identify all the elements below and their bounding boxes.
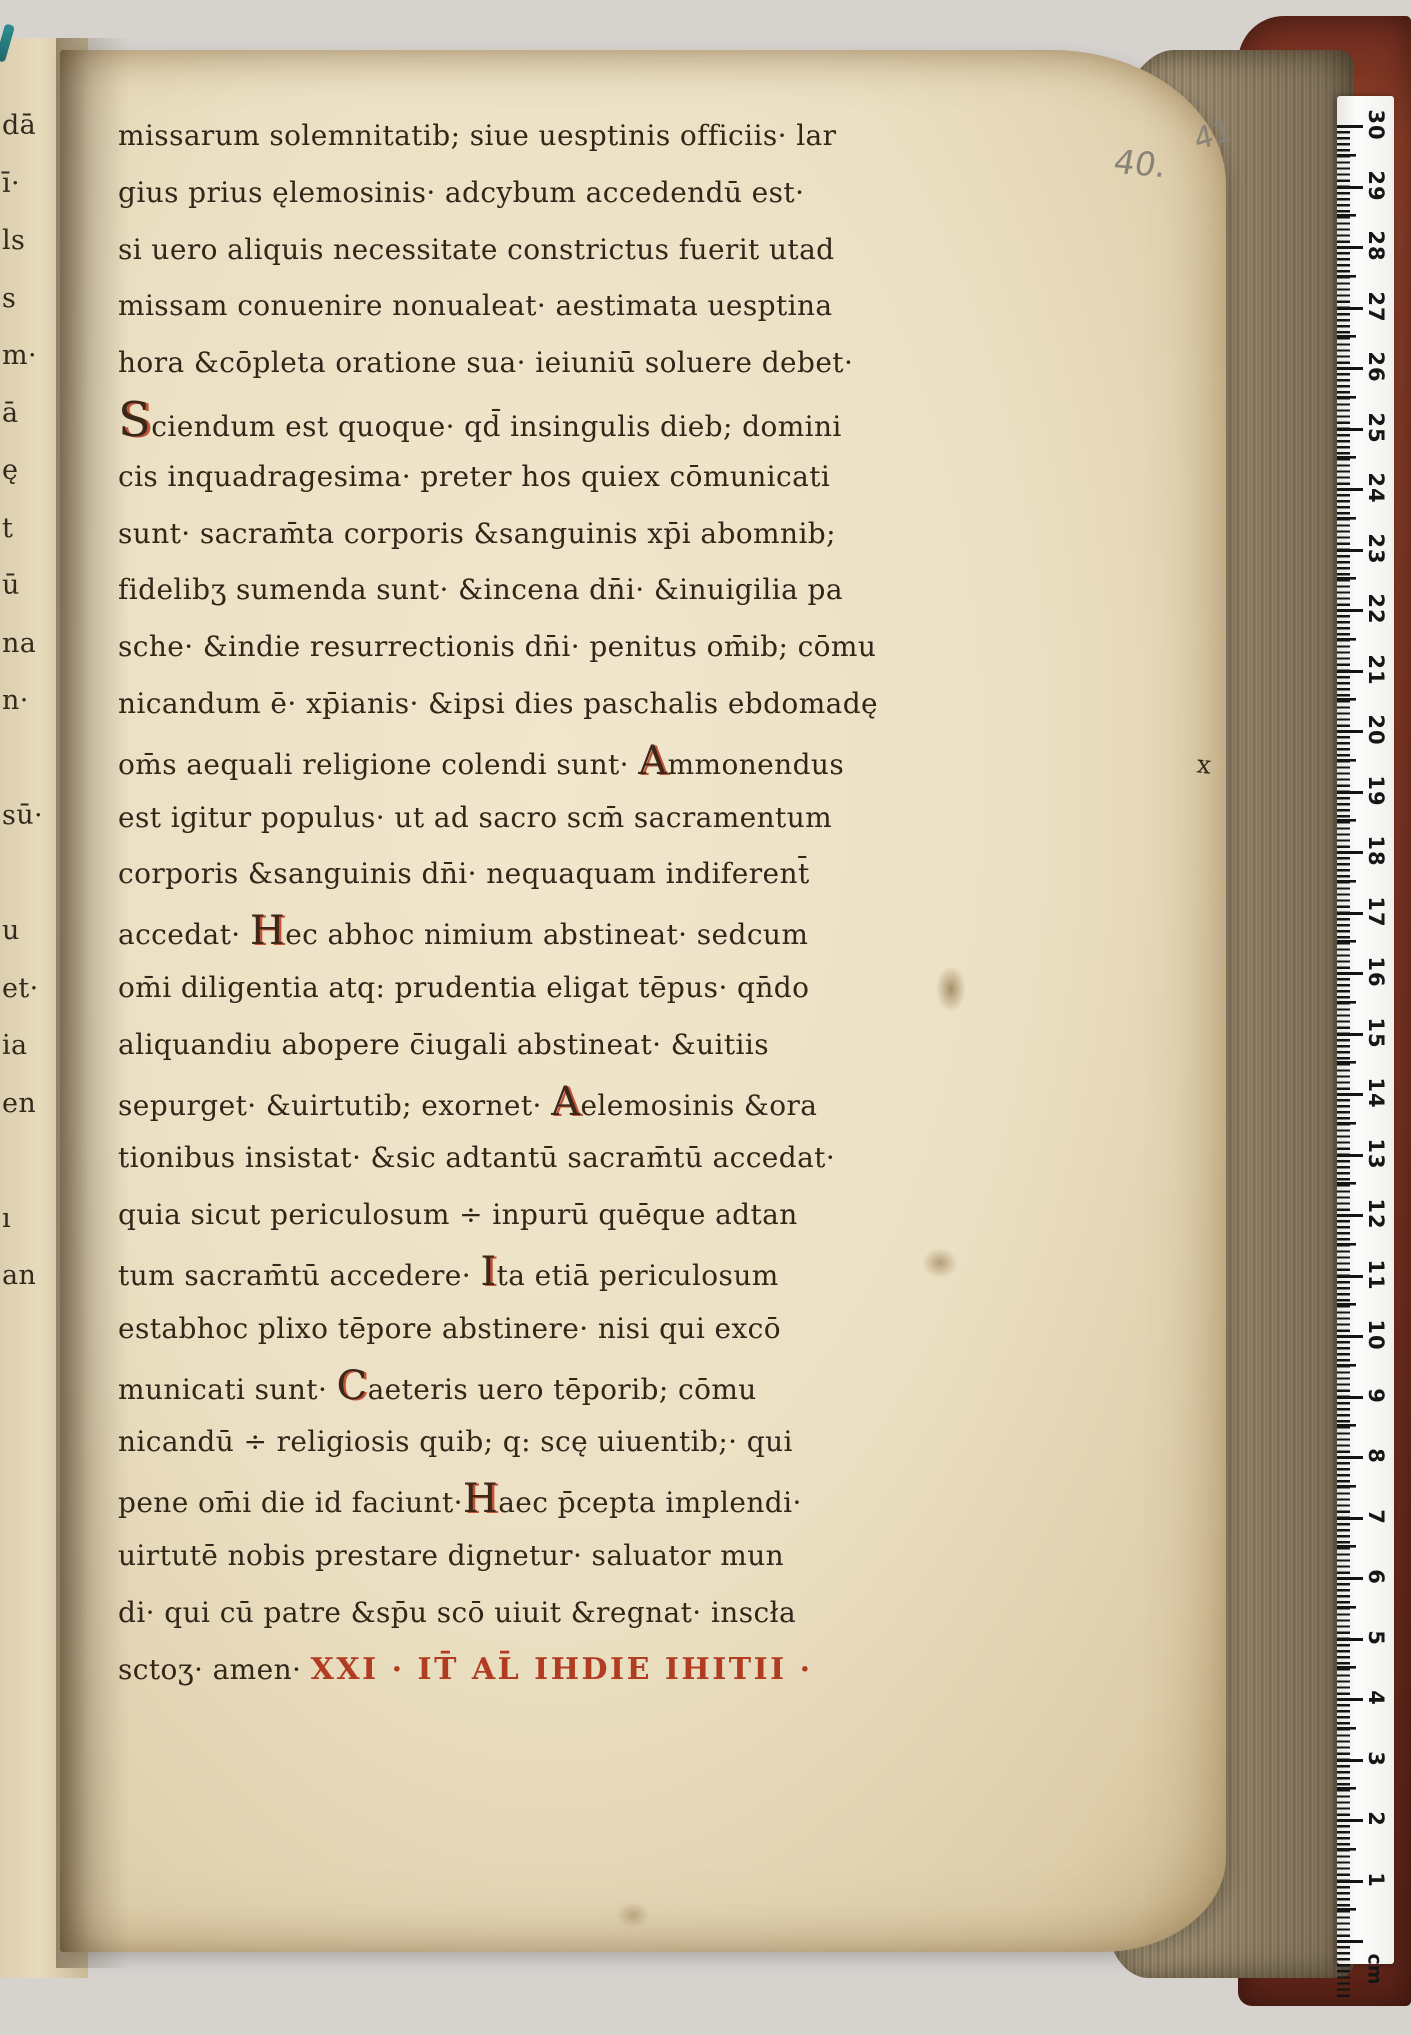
ruler-cm-number: 23: [1362, 534, 1390, 564]
text-line: uirtutē nobis prestare dignetur· saluato…: [118, 1528, 1024, 1585]
text-line: municati sunt· Caeteris uero tēporib; cō…: [118, 1358, 1024, 1415]
text-line: missarum solemnitatib; siue uesptinis of…: [118, 108, 1024, 165]
ruler-cm-number: 20: [1362, 715, 1390, 745]
ruler-unit-label: cm: [1364, 1953, 1386, 1984]
ruler-scale: 3029282726252423222120191817161514131211…: [1337, 125, 1394, 1940]
body-text: om̄i diligentia atq: prudentia eligat tē…: [118, 971, 809, 1004]
ruler-cm-number: 2: [1362, 1804, 1390, 1834]
ruler-cm-number: 17: [1362, 897, 1390, 927]
text-line: gius prius ęlemosinis· adcybum accedendū…: [118, 165, 1024, 222]
verso-text-fragment: m·: [2, 340, 37, 371]
body-text: corporis &sanguinis dn̄i· nequaquam indi…: [118, 857, 810, 890]
body-text: gius prius ęlemosinis· adcybum accedendū…: [118, 176, 804, 209]
initial-letter: A: [638, 738, 667, 784]
text-line: nicandum ē· xp̄ianis· &ipsi dies paschal…: [118, 676, 1024, 733]
body-text: sche· &indie resurrectionis dn̄i· penitu…: [118, 630, 876, 663]
body-text: elemosinis &ora: [580, 1089, 817, 1122]
initial-letter: I: [480, 1249, 496, 1295]
body-text: sctoʒ· amen·: [118, 1653, 311, 1686]
body-text: hora &cōpleta oratione sua· ieiuniū solu…: [118, 346, 853, 379]
verso-text-fragment: ls: [2, 225, 25, 256]
body-text: aec p̄cepta implendi·: [498, 1486, 802, 1519]
ruler-cm-number: 30: [1362, 110, 1390, 140]
verso-text-fragment: s: [2, 283, 16, 314]
body-text: ta etiā periculosum: [497, 1259, 779, 1292]
body-text: municati sunt·: [118, 1373, 337, 1406]
body-text: quia sicut periculosum ÷ inpurū quēque a…: [118, 1198, 798, 1231]
text-line: hora &cōpleta oratione sua· ieiuniū solu…: [118, 335, 1024, 392]
ruler-cm-cell: 1: [1337, 1880, 1394, 1941]
ruler-cm-number: 4: [1362, 1683, 1390, 1713]
text-line: est igitur populus· ut ad sacro scm̄ sac…: [118, 790, 1024, 847]
body-text: uirtutē nobis prestare dignetur· saluato…: [118, 1539, 784, 1572]
ruler-cm-number: 24: [1362, 473, 1390, 503]
body-text: aliquandiu abopere c̄iugali abstineat· &…: [118, 1028, 769, 1061]
ruler-cm-number: 15: [1362, 1018, 1390, 1048]
verso-text-fragment: et·: [2, 973, 39, 1004]
text-line: aliquandiu abopere c̄iugali abstineat· &…: [118, 1017, 1024, 1074]
ruler-cm-number: 18: [1362, 836, 1390, 866]
ruler-cm-number: 11: [1362, 1260, 1390, 1290]
ruler-cm-number: 22: [1362, 594, 1390, 624]
ruler-cm-number: 29: [1362, 171, 1390, 201]
ruler-cm-number: 19: [1362, 776, 1390, 806]
text-line: tionibus insistat· &sic adtantū sacram̄t…: [118, 1130, 1024, 1187]
initial-letter: H: [463, 1476, 498, 1522]
verso-text-fragment: n·: [2, 685, 29, 716]
initial-letter: S: [118, 392, 151, 448]
ruler-cm-number: 1: [1362, 1865, 1390, 1895]
ruler-cm-number: 28: [1362, 231, 1390, 261]
body-text: fidelibʒ sumenda sunt· &incena dn̄i· &in…: [118, 573, 843, 606]
text-line: di· qui cū patre &sp̄u scō uiuit &regnat…: [118, 1585, 1024, 1642]
text-line: sepurget· &uirtutib; exornet· Aelemosini…: [118, 1074, 1024, 1131]
verso-text-fragment: en: [2, 1088, 36, 1119]
text-line: om̄s aequali religione colendi sunt· Amm…: [118, 733, 1024, 790]
text-line: sche· &indie resurrectionis dn̄i· penitu…: [118, 619, 1024, 676]
text-line: om̄i diligentia atq: prudentia eligat tē…: [118, 960, 1024, 1017]
text-line: accedat· Hec abhoc nimium abstineat· sed…: [118, 903, 1024, 960]
verso-text-fragment: ū: [2, 570, 20, 601]
text-line: estabhoc plixo tēpore abstinere· nisi qu…: [118, 1301, 1024, 1358]
body-text: si uero aliquis necessitate constrictus …: [118, 233, 835, 266]
body-text: om̄s aequali religione colendi sunt·: [118, 748, 638, 781]
ruler-cm-number: 13: [1362, 1139, 1390, 1169]
text-line: pene om̄i die id faciunt·Haec p̄cepta im…: [118, 1471, 1024, 1528]
body-text: pene om̄i die id faciunt·: [118, 1486, 463, 1519]
body-text: est igitur populus· ut ad sacro scm̄ sac…: [118, 801, 832, 834]
verso-text-fragment: u: [2, 915, 20, 946]
body-text: aeteris uero tēporib; cōmu: [368, 1373, 757, 1406]
body-text: tionibus insistat· &sic adtantū sacram̄t…: [118, 1141, 835, 1174]
text-line: quia sicut periculosum ÷ inpurū quēque a…: [118, 1187, 1024, 1244]
ruler-cm-number: 16: [1362, 957, 1390, 987]
text-block: missarum solemnitatib; siue uesptinis of…: [118, 108, 1024, 1698]
ruler-cm-number: 12: [1362, 1199, 1390, 1229]
ruler-cm-number: 5: [1362, 1623, 1390, 1653]
ruler-cm-number: 10: [1362, 1320, 1390, 1350]
ruler-cm-number: 25: [1362, 413, 1390, 443]
initial-letter: H: [250, 908, 285, 954]
body-text: di· qui cū patre &sp̄u scō uiuit &regnat…: [118, 1596, 796, 1629]
verso-text-fragment: ī·: [2, 168, 20, 199]
margin-mark: x: [1196, 749, 1213, 779]
verso-text-fragment: an: [2, 1260, 36, 1291]
verso-text-fragment: sū·: [2, 800, 43, 831]
text-line: Sciendum est quoque· qd̄ insingulis dieb…: [118, 392, 1024, 449]
body-text: cis inquadragesima· preter hos quiex cōm…: [118, 460, 830, 493]
text-line: fidelibʒ sumenda sunt· &incena dn̄i· &in…: [118, 562, 1024, 619]
text-line: tum sacram̄tū accedere· Ita etiā pericul…: [118, 1244, 1024, 1301]
text-line: nicandū ÷ religiosis quib; q: scę uiuent…: [118, 1414, 1024, 1471]
verso-text-fragment: ı: [2, 1203, 11, 1234]
verso-text-fragment: ia: [2, 1030, 28, 1061]
body-text: ec abhoc nimium abstineat· sedcum: [285, 918, 808, 951]
measurement-ruler: 3029282726252423222120191817161514131211…: [1337, 96, 1394, 1964]
folio-number-verso: 40.: [1110, 142, 1170, 185]
body-text: mmonendus: [668, 748, 845, 781]
initial-letter: A: [551, 1079, 580, 1125]
body-text: accedat·: [118, 918, 250, 951]
body-text: sepurget· &uirtutib; exornet·: [118, 1089, 551, 1122]
ruler-cm-number: 26: [1362, 352, 1390, 382]
text-line: missam conuenire nonualeat· aestimata ue…: [118, 278, 1024, 335]
body-text: ciendum est quoque· qd̄ insingulis dieb;…: [151, 410, 842, 443]
ruler-cm-number: 14: [1362, 1078, 1390, 1108]
text-line: corporis &sanguinis dn̄i· nequaquam indi…: [118, 846, 1024, 903]
verso-text-fragment: dā: [2, 110, 36, 141]
verso-text-fragment: na: [2, 628, 36, 659]
text-line: sctoʒ· amen· XXI · IT̄ AL̄ IHDIE IHITII …: [118, 1642, 1024, 1699]
verso-text-fragment: t: [2, 513, 13, 544]
body-text: estabhoc plixo tēpore abstinere· nisi qu…: [118, 1312, 781, 1345]
ruler-cm-number: 7: [1362, 1502, 1390, 1532]
text-line: sunt· sacram̄ta corporis &sanguinis xp̄i…: [118, 506, 1024, 563]
ruler-foot: cm: [1337, 1940, 1394, 2012]
body-text: tum sacram̄tū accedere·: [118, 1259, 480, 1292]
ruler-cm-number: 9: [1362, 1381, 1390, 1411]
body-text: missarum solemnitatib; siue uesptinis of…: [118, 119, 836, 152]
ruler-cm-number: 3: [1362, 1744, 1390, 1774]
text-line: si uero aliquis necessitate constrictus …: [118, 222, 1024, 279]
parchment-stain: [616, 1902, 650, 1928]
text-line: cis inquadragesima· preter hos quiex cōm…: [118, 449, 1024, 506]
ruler-cm-number: 21: [1362, 655, 1390, 685]
verso-text-fragment: ā: [2, 398, 19, 429]
ruler-cm-number: 8: [1362, 1441, 1390, 1471]
manuscript-photo: 3029282726252423222120191817161514131211…: [0, 0, 1411, 2035]
ruler-cm-number: 6: [1362, 1562, 1390, 1592]
rubric-text: XXI · IT̄ AL̄ IHDIE IHITII ·: [311, 1652, 813, 1687]
ruler-cm-number: 27: [1362, 292, 1390, 322]
initial-letter: C: [337, 1363, 368, 1409]
body-text: missam conuenire nonualeat· aestimata ue…: [118, 289, 833, 322]
body-text: sunt· sacram̄ta corporis &sanguinis xp̄i…: [118, 517, 836, 550]
body-text: nicandum ē· xp̄ianis· &ipsi dies paschal…: [118, 687, 878, 720]
verso-text-fragment: ę: [2, 455, 18, 486]
body-text: nicandū ÷ religiosis quib; q: scę uiuent…: [118, 1425, 793, 1458]
